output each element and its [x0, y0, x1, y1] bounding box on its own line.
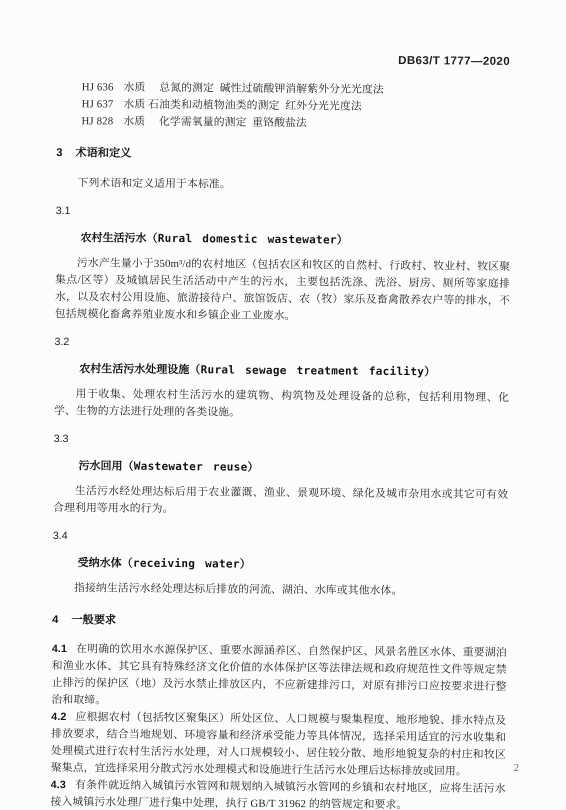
- term-block: 3.1 农村生活污水（Rural domestic wastewater） 污水…: [55, 203, 511, 327]
- term-en: （Wastewater reuse）: [122, 460, 258, 474]
- clause: 4.1在明确的饮用水水源保护区、重要水源涵养区、自然保护区、风景名胜区水体、重要…: [51, 641, 507, 713]
- term-en: （receiving water）: [122, 557, 252, 571]
- term-zh: 污水回用: [78, 460, 122, 472]
- term-zh: 受纳水体: [78, 557, 122, 569]
- term-title: 受纳水体（receiving water）: [53, 554, 508, 576]
- clause-number: 4.3: [51, 779, 66, 791]
- clause: 4.2应根据农村（包括牧区聚集区）所处区位、人口规模与聚集程度、地形地貌、排水特…: [51, 709, 507, 781]
- term-number: 3.4: [53, 528, 508, 549]
- clause-number: 4.1: [52, 643, 67, 655]
- term-definition: 指接纳生活污水经处理达标后排放的河流、湖泊、水库或其他水体。: [52, 580, 507, 601]
- clauses-list: 4.1在明确的饮用水水源保护区、重要水源涵养区、自然保护区、风景名胜区水体、重要…: [50, 641, 506, 810]
- term-title: 农村生活污水处理设施（Rural sewage treatment facili…: [54, 360, 509, 382]
- clause-text: 在明确的饮用水水源保护区、重要水源涵养区、自然保护区、风景名胜区水体、重要湖泊和…: [51, 643, 507, 706]
- term-zh: 农村生活污水: [80, 232, 146, 245]
- clause-text: 应根据农村（包括牧区聚集区）所处区位、人口规模与聚集程度、地形地貌、排水特点及排…: [51, 711, 507, 777]
- term-title: 污水回用（Wastewater reuse）: [53, 457, 508, 479]
- section-heading-terms: 3术语和定义: [56, 145, 511, 166]
- reference-text: 水质 石油类和动植物油类的测定 红外分光光度法: [123, 99, 362, 113]
- reference-item: HJ 828水质 化学需氧量的测定 重铬酸盐法: [56, 113, 511, 134]
- terms-intro: 下列术语和定义适用于本标准。: [56, 175, 511, 196]
- section-number: 4: [52, 614, 58, 626]
- term-zh: 农村生活污水处理设施: [79, 363, 189, 376]
- term-en: （Rural sewage treatment facility）: [189, 363, 435, 378]
- standard-number-header: DB63/T 1777—2020: [57, 52, 510, 68]
- section-number: 3: [56, 147, 62, 159]
- term-number: 3.1: [56, 203, 511, 224]
- term-number: 3.2: [54, 334, 509, 355]
- term-definition: 用于收集、处理农村生活污水的建筑物、构筑物及处理设备的总称，包括利用物理、化学、…: [54, 386, 509, 424]
- clause-text: 有条件就近纳入城镇污水管网和规划纳入城镇污水管网的乡镇和农村地区，应将生活污水接…: [51, 779, 506, 810]
- term-definition: 污水产生量小于350m³/d的农村地区（包括农区和牧区的自然村、行政村、牧业村、…: [55, 255, 511, 327]
- references-list: HJ 636水质 总氮的测定 碱性过硫酸钾消解紫外分光光度法 HJ 637水质 …: [56, 79, 511, 134]
- reference-code: HJ 636: [82, 81, 114, 93]
- term-block: 3.3 污水回用（Wastewater reuse） 生活污水经处理达标后用于农…: [53, 431, 509, 521]
- term-block: 3.4 受纳水体（receiving water） 指接纳生活污水经处理达标后排…: [52, 528, 508, 601]
- clause-number: 4.2: [51, 711, 66, 723]
- clause: 4.3有条件就近纳入城镇污水管网和规划纳入城镇污水管网的乡镇和农村地区，应将生活…: [50, 777, 505, 810]
- reference-code: HJ 637: [82, 98, 114, 110]
- section-heading-general: 4一般要求: [52, 612, 507, 633]
- reference-code: HJ 828: [81, 115, 113, 127]
- term-number: 3.3: [54, 431, 509, 452]
- section-title: 术语和定义: [75, 147, 131, 159]
- reference-text: 水质 总氮的测定 碱性过硫酸钾消解紫外分光光度法: [124, 82, 384, 96]
- page-number: 2: [514, 762, 520, 774]
- term-en: （Rural domestic wastewater）: [146, 232, 348, 247]
- term-definition: 生活污水经处理达标后用于农业灌溉、渔业、景观环境、绿化及城市杂用水或其它可有效合…: [53, 483, 508, 521]
- section-title: 一般要求: [71, 614, 116, 626]
- term-title: 农村生活污水（Rural domestic wastewater）: [55, 229, 510, 251]
- term-block: 3.2 农村生活污水处理设施（Rural sewage treatment fa…: [54, 334, 510, 424]
- page-content: DB63/T 1777—2020 HJ 636水质 总氮的测定 碱性过硫酸钾消解…: [50, 52, 512, 810]
- reference-text: 水质 化学需氧量的测定 重铬酸盐法: [123, 116, 307, 130]
- document-page: DB63/T 1777—2020 HJ 636水质 总氮的测定 碱性过硫酸钾消解…: [0, 0, 566, 810]
